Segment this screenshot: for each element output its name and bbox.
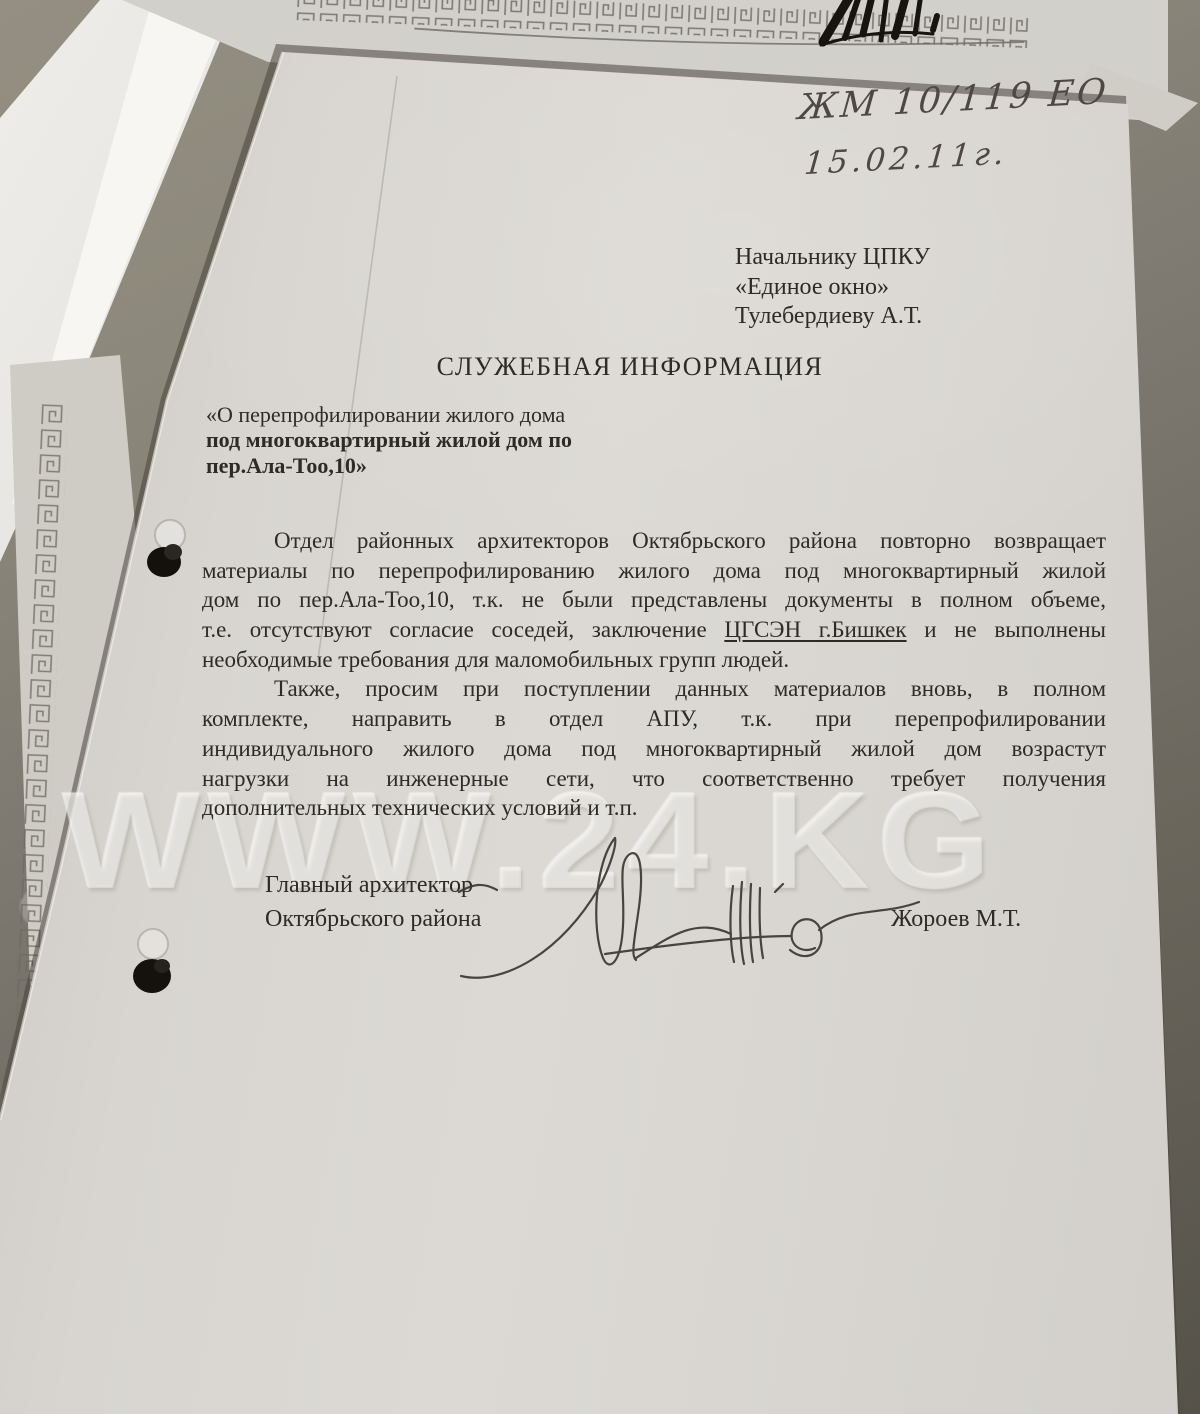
subject-line: пер.Ала-Тоо,10» bbox=[206, 453, 572, 478]
recipient-line: «Единое окно» bbox=[735, 273, 930, 303]
body-line: необходимые требования для маломобильных… bbox=[202, 645, 1106, 675]
body-line: Также, просим при поступлении данных мат… bbox=[202, 674, 1106, 704]
subject-line: под многоквартирный жилой дом по bbox=[206, 427, 572, 452]
body-line: нагрузки на инженерные сети, что соответ… bbox=[202, 764, 1106, 794]
subject-line: «О перепрофилировании жилого дома bbox=[206, 402, 572, 427]
letter-title: СЛУЖЕБНАЯ ИНФОРМАЦИЯ bbox=[420, 352, 840, 382]
body-line-part: и не выполнены bbox=[907, 617, 1106, 642]
body-line: дополнительных технических условий и т.п… bbox=[202, 793, 1106, 823]
body-line: дом по пер.Ала-Тоо,10, т.к. не были пред… bbox=[202, 585, 1106, 615]
signature-scribble bbox=[445, 832, 925, 992]
body-line: Отдел районных архитекторов Октябрьского… bbox=[202, 526, 1106, 556]
body-line-underlined: ЦГСЭН г.Бишкек bbox=[724, 617, 906, 642]
subject-block: «О перепрофилировании жилого дома под мн… bbox=[206, 402, 572, 478]
body-line: материалы по перепрофилированию жилого д… bbox=[202, 556, 1106, 586]
letter-body: Отдел районных архитекторов Октябрьского… bbox=[202, 526, 1106, 823]
body-line: т.е. отсутствуют согласие соседей, заклю… bbox=[202, 615, 1106, 645]
body-line: индивидуального жилого дома под многоква… bbox=[202, 734, 1106, 764]
document-photo: { "handwritten_note": { "line1": "ЖМ 10/… bbox=[0, 0, 1200, 1414]
recipient-line: Тулебердиеву А.Т. bbox=[735, 302, 930, 332]
body-line: комплекте, направить в отдел АПУ, т.к. п… bbox=[202, 704, 1106, 734]
body-paragraph-2: Также, просим при поступлении данных мат… bbox=[202, 674, 1106, 822]
body-paragraph-1: Отдел районных архитекторов Октябрьского… bbox=[202, 526, 1106, 674]
recipient-block: Начальнику ЦПКУ «Единое окно» Тулебердие… bbox=[735, 243, 930, 332]
recipient-line: Начальнику ЦПКУ bbox=[735, 243, 930, 273]
body-line-part: т.е. отсутствуют согласие соседей, заклю… bbox=[202, 617, 724, 642]
